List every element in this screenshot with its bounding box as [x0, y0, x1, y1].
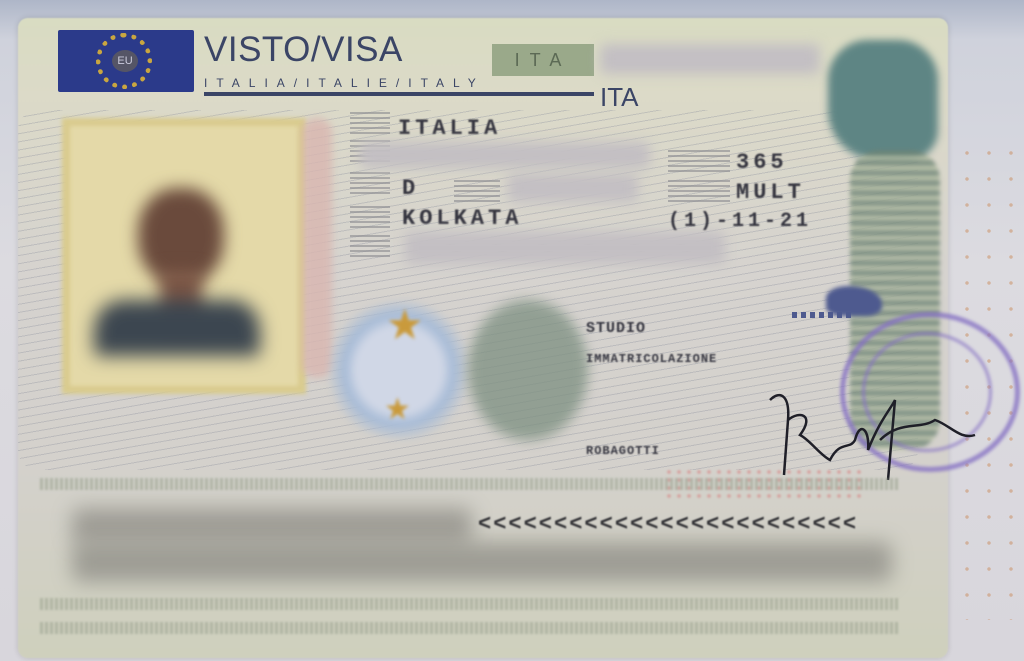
date-of-issue-value: (1)-11-21: [668, 210, 812, 233]
visa-title: VISTO/VISA: [204, 30, 403, 70]
remarks-line-2: IMMATRICOLAZIONE: [586, 352, 717, 366]
title-underline: [204, 92, 594, 96]
field-label-valid-for: [350, 112, 390, 134]
holder-photo-body: [94, 300, 260, 356]
field-label-duration: [668, 150, 730, 172]
issuer-code: ITA: [600, 82, 639, 113]
passport-page: EU VISTO/VISA ITALIA/ITALIE/ITALY ITA IT…: [0, 0, 1024, 661]
field-label-entries: [668, 180, 730, 202]
redacted-mrz-line-1: [72, 508, 472, 544]
valid-for-value: ITALIA: [398, 116, 501, 141]
place-of-issue-value: KOLKATA: [402, 206, 522, 231]
field-label-place: [350, 206, 390, 228]
eu-flag-icon: EU: [58, 30, 194, 92]
redacted-mrz-line-2: [72, 542, 892, 582]
country-code-box: ITA: [492, 44, 594, 76]
microprint-line: [40, 598, 900, 610]
gold-star-icon: ★: [384, 392, 411, 427]
redacted-visa-number: [600, 44, 820, 74]
visa-subtitle: ITALIA/ITALIE/ITALY: [204, 76, 485, 90]
entries-value: MULT: [736, 180, 805, 205]
microprint-line: [40, 478, 900, 490]
redacted-name: [405, 232, 725, 264]
visa-type-value: D: [402, 176, 419, 201]
field-label-passport: [454, 180, 500, 202]
mrz-filler: <<<<<<<<<<<<<<<<<<<<<<<<<: [478, 512, 858, 537]
green-security-seal: [468, 300, 588, 440]
duration-value: 365: [736, 150, 788, 175]
green-security-band: [828, 40, 938, 160]
microprint-line: [40, 622, 900, 634]
field-label-name: [350, 235, 390, 257]
remarks-line-1: STUDIO: [586, 320, 646, 337]
eu-code: EU: [112, 50, 138, 72]
redacted-validity-dates: [360, 142, 650, 168]
field-label-type: [350, 172, 390, 194]
remarks-line-3: ROBAGOTTI: [586, 444, 660, 458]
gold-star-icon: ★: [386, 300, 424, 349]
redacted-passport-number: [508, 174, 638, 202]
